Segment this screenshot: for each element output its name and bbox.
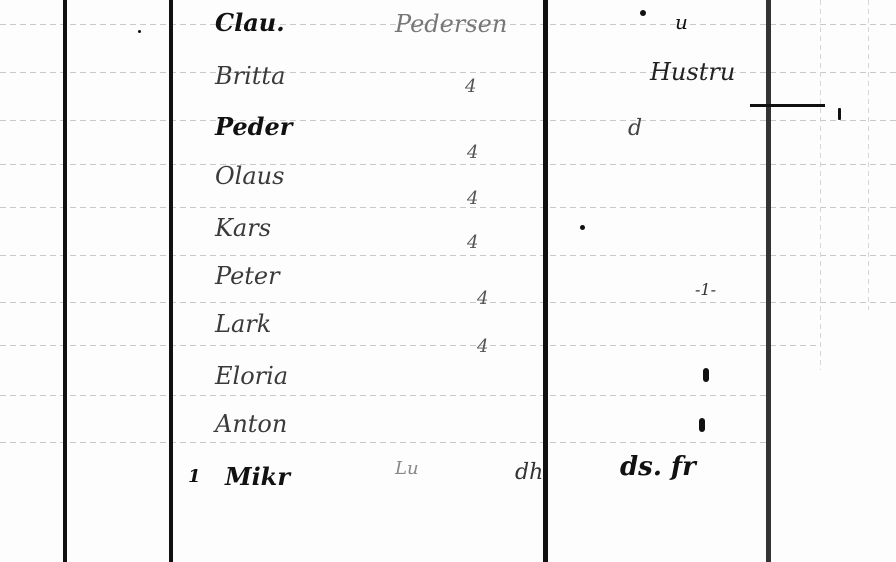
ink-dot	[580, 225, 585, 230]
entry-name: Mikr	[225, 462, 290, 491]
entry-col4: d	[628, 116, 642, 141]
ruled-line	[0, 207, 896, 208]
entry-prefix: 1	[188, 466, 201, 487]
ruled-line	[0, 164, 896, 165]
ink-mark	[699, 418, 705, 432]
ruled-line	[0, 120, 896, 121]
column-rule	[63, 0, 67, 562]
entry-name: Peder	[215, 112, 292, 141]
ruled-line	[0, 255, 896, 256]
faint-grid-line	[820, 0, 821, 370]
ink-strike	[750, 104, 825, 107]
entry-col4: u	[675, 10, 688, 34]
ditto-mark: 4	[477, 288, 488, 309]
entry-name: Britta	[215, 62, 285, 90]
ruled-line	[0, 345, 820, 346]
ditto-mark: 4	[465, 76, 476, 97]
entry-name: Clau.	[215, 8, 285, 37]
ditto-mark: 4	[477, 336, 488, 357]
ledger-page: Clau. Britta Peder Olaus Kars Peter Lark…	[0, 0, 896, 562]
ruled-line	[0, 72, 896, 73]
ink-mark	[838, 108, 841, 120]
entry-col4: ds. fr	[620, 452, 696, 482]
entry-name: Lark	[215, 310, 271, 338]
entry-name: Anton	[215, 410, 287, 438]
entry-col4: Hustru	[650, 58, 735, 86]
ruled-line	[0, 395, 770, 396]
ditto-mark: 4	[467, 142, 478, 163]
entry-name: Peter	[215, 262, 280, 290]
entry-name: Kars	[215, 214, 271, 242]
column-rule	[169, 0, 173, 562]
entry-name: Eloria	[215, 362, 288, 390]
ruled-line	[0, 302, 896, 303]
entry-surname: Lu	[395, 458, 419, 479]
column-rule	[766, 0, 771, 562]
ruled-line	[0, 442, 770, 443]
entry-col4: -1-	[695, 280, 716, 299]
ditto-mark: 4	[467, 232, 478, 253]
ditto-mark: 4	[467, 188, 478, 209]
entry-col3: dh	[515, 460, 543, 485]
entry-surname: Pedersen	[395, 10, 507, 38]
ink-dot	[640, 10, 646, 16]
column-rule	[543, 0, 548, 562]
ink-dot	[138, 30, 141, 33]
faint-grid-line	[868, 0, 869, 310]
entry-name: Olaus	[215, 162, 284, 190]
ink-mark	[703, 368, 709, 382]
